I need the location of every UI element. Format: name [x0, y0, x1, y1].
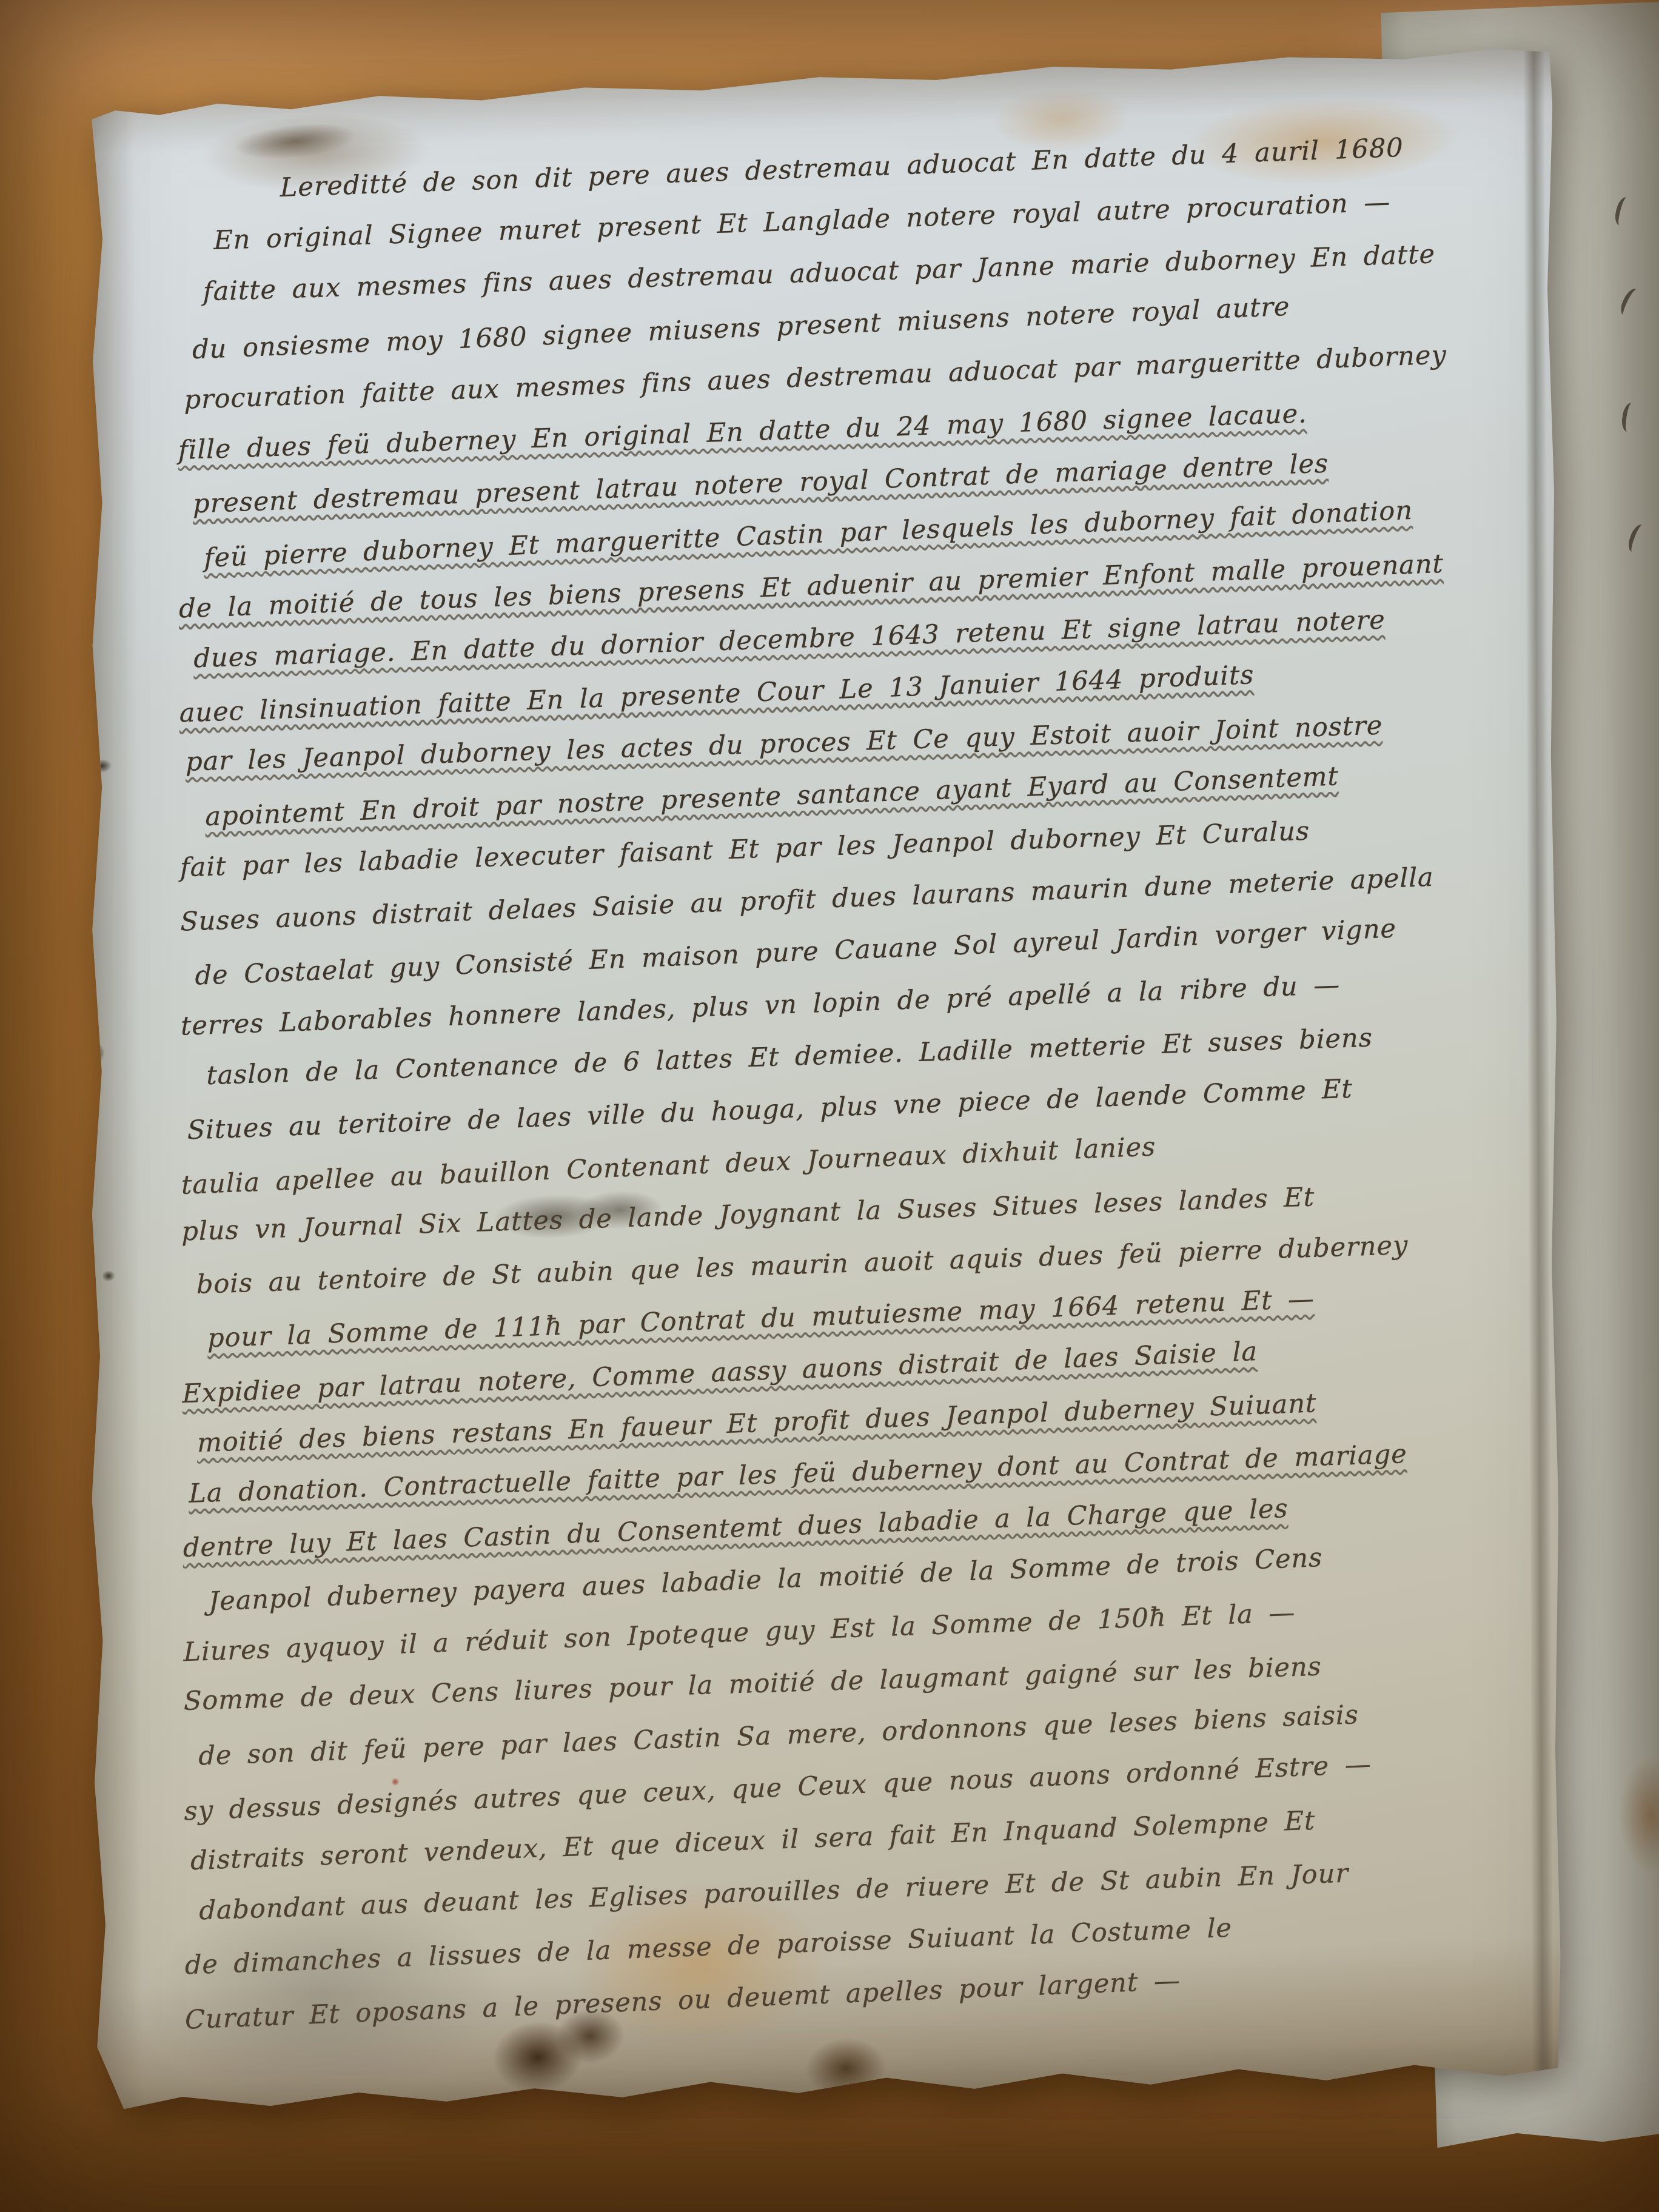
ink-fragment	[1612, 195, 1633, 227]
photo-of-manuscript: Lereditté de son dit pere aues destremau…	[0, 0, 1659, 2212]
stain-dark-bottom-right	[770, 2009, 922, 2117]
speck-left-edge	[89, 1043, 104, 1063]
stain-brown-right-edge	[1597, 1723, 1659, 1908]
ink-fragment	[1626, 523, 1649, 555]
page-fold-crease	[1523, 45, 1554, 2077]
stain-streak-top-left	[233, 119, 357, 164]
speck-left-edge	[92, 759, 112, 773]
speck-left-edge	[102, 1270, 115, 1282]
paper-shading-left-edge	[85, 96, 143, 2128]
manuscript-page: Lereditté de son dit pere aues destremau…	[85, 45, 1561, 2128]
ink-fragment	[1617, 286, 1643, 318]
handwritten-text-block: Lereditté de son dit pere aues destremau…	[177, 121, 1446, 2044]
ink-fragment	[1620, 402, 1638, 433]
